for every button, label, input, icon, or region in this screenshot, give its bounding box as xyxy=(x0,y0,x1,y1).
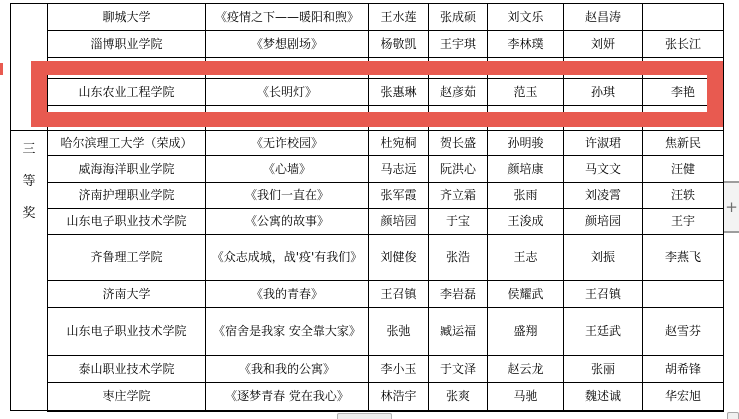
awards-table-body: 聊城大学《疫情之下——暖阳和煦》王水莲张成硕刘文乐赵昌涛淄博职业学院《梦想剧场》… xyxy=(11,4,724,411)
name-cell: 张丽 xyxy=(564,356,643,383)
name-cell: 汪轶 xyxy=(643,183,724,209)
table-row: 泰山职业技术学院《我和我的公寓》李小玉于文泽赵云龙张丽胡希锋 xyxy=(11,356,724,383)
horizontal-scrollbar-thumb[interactable] xyxy=(337,413,392,419)
university-cell xyxy=(48,58,206,79)
title-cell: 《我和我的公寓》 xyxy=(206,356,369,383)
university-cell: 山东电子职业技术学院 xyxy=(48,209,206,235)
title-cell: 《逐梦青春 党在我心》 xyxy=(206,383,369,411)
name-cell: 颜培康 xyxy=(488,156,564,183)
award-column-label-cell: 三等奖 xyxy=(11,131,48,411)
name-cell xyxy=(369,58,429,79)
name-cell: 范玉 xyxy=(488,79,564,106)
name-cell: 刘妍 xyxy=(564,31,643,58)
name-cell: 侯耀武 xyxy=(488,281,564,308)
title-cell: 《疫情之下——暖阳和煦》 xyxy=(206,4,369,31)
university-cell: 山东农业工程学院 xyxy=(48,79,206,106)
title-cell: 《宿舍是我家 安全靠大家》 xyxy=(206,308,369,356)
name-cell xyxy=(564,58,643,79)
name-cell xyxy=(564,106,643,131)
table-row: 枣庄学院《逐梦青春 党在我心》林浩宇张爽马驰魏述诚华宏旭 xyxy=(11,383,724,411)
table-row: 威海海洋职业学院《心墙》马志远阮洪心颜培康马文文汪健 xyxy=(11,156,724,183)
name-cell: 赵云龙 xyxy=(488,356,564,383)
name-cell: 焦新民 xyxy=(643,131,724,156)
name-cell: 汪健 xyxy=(643,156,724,183)
table-row: 济南护理职业学院《我们一直在》张军霞齐立霜张雨刘凌霄汪轶 xyxy=(11,183,724,209)
name-cell: 王召镇 xyxy=(369,281,429,308)
name-cell: 张惠琳 xyxy=(369,79,429,106)
right-scroll-panel[interactable]: + xyxy=(724,181,739,233)
name-cell: 贺长盛 xyxy=(429,131,488,156)
name-cell: 王水莲 xyxy=(369,4,429,31)
name-cell: 齐立霜 xyxy=(429,183,488,209)
name-cell: 马志远 xyxy=(369,156,429,183)
university-cell: 淄博职业学院 xyxy=(48,31,206,58)
title-cell xyxy=(206,106,369,131)
name-cell: 赵昌涛 xyxy=(564,4,643,31)
title-cell: 《梦想剧场》 xyxy=(206,31,369,58)
name-cell: 李燕飞 xyxy=(643,235,724,281)
table-row: 齐鲁理工学院《众志成城，战'疫'有我们》刘健俊张浩王志刘振李燕飞 xyxy=(11,235,724,281)
name-cell: 李岩磊 xyxy=(429,281,488,308)
highlight-annotation-fragment xyxy=(0,63,3,75)
name-cell: 杨敬凯 xyxy=(369,31,429,58)
document-page: 聊城大学《疫情之下——暖阳和煦》王水莲张成硕刘文乐赵昌涛淄博职业学院《梦想剧场》… xyxy=(0,0,739,419)
name-cell: 张弛 xyxy=(369,308,429,356)
name-cell: 阮洪心 xyxy=(429,156,488,183)
name-cell: 王宇 xyxy=(643,209,724,235)
scrollbar-corner-button[interactable] xyxy=(727,412,739,419)
name-cell: 魏述诚 xyxy=(564,383,643,411)
table-row xyxy=(11,106,724,131)
name-cell: 林浩宇 xyxy=(369,383,429,411)
university-cell: 济南大学 xyxy=(48,281,206,308)
name-cell: 颜培园 xyxy=(564,209,643,235)
award-column-top-cell xyxy=(11,4,48,131)
title-cell xyxy=(206,58,369,79)
table-row: 山东电子职业技术学院《公寓的故事》颜培园于宝王浚成颜培园王宇 xyxy=(11,209,724,235)
university-cell: 山东电子职业技术学院 xyxy=(48,308,206,356)
name-cell: 刘文乐 xyxy=(488,4,564,31)
university-cell: 聊城大学 xyxy=(48,4,206,31)
name-cell: 张成硕 xyxy=(429,4,488,31)
name-cell: 颜培园 xyxy=(369,209,429,235)
title-cell: 《公寓的故事》 xyxy=(206,209,369,235)
name-cell: 刘健俊 xyxy=(369,235,429,281)
university-cell: 齐鲁理工学院 xyxy=(48,235,206,281)
university-cell: 枣庄学院 xyxy=(48,383,206,411)
name-cell: 李艳 xyxy=(643,79,724,106)
name-cell xyxy=(643,106,724,131)
name-cell: 胡希锋 xyxy=(643,356,724,383)
name-cell xyxy=(643,4,724,31)
university-cell: 泰山职业技术学院 xyxy=(48,356,206,383)
name-cell: 王志 xyxy=(488,235,564,281)
name-cell: 张雨 xyxy=(488,183,564,209)
name-cell: 孙琪 xyxy=(564,79,643,106)
name-cell xyxy=(643,58,724,79)
name-cell: 于文泽 xyxy=(429,356,488,383)
name-cell: 刘凌霄 xyxy=(564,183,643,209)
name-cell: 王浚成 xyxy=(488,209,564,235)
university-cell xyxy=(48,106,206,131)
name-cell: 张军霞 xyxy=(369,183,429,209)
name-cell xyxy=(488,58,564,79)
title-cell: 《无诈校园》 xyxy=(206,131,369,156)
title-cell: 《我的青春》 xyxy=(206,281,369,308)
table-row: 三等奖哈尔滨理工大学（荣成）《无诈校园》杜宛桐贺长盛孙明骏许淑珺焦新民 xyxy=(11,131,724,156)
highlighted-table-row: 山东农业工程学院《长明灯》张惠琳赵彦茹范玉孙琪李艳 xyxy=(11,79,724,106)
name-cell xyxy=(369,106,429,131)
table-row: 山东电子职业技术学院《宿舍是我家 安全靠大家》张弛臧运福盛翔王廷武赵雪芬 xyxy=(11,308,724,356)
name-cell: 许淑珺 xyxy=(564,131,643,156)
name-cell: 刘振 xyxy=(564,235,643,281)
name-cell: 张长江 xyxy=(643,31,724,58)
awards-table: 聊城大学《疫情之下——暖阳和煦》王水莲张成硕刘文乐赵昌涛淄博职业学院《梦想剧场》… xyxy=(10,3,724,412)
plus-icon[interactable]: + xyxy=(725,200,738,215)
name-cell xyxy=(488,106,564,131)
name-cell: 赵彦茹 xyxy=(429,79,488,106)
name-cell: 杜宛桐 xyxy=(369,131,429,156)
title-cell: 《众志成城，战'疫'有我们》 xyxy=(206,235,369,281)
table-row: 聊城大学《疫情之下——暖阳和煦》王水莲张成硕刘文乐赵昌涛 xyxy=(11,4,724,31)
name-cell: 王宇琪 xyxy=(429,31,488,58)
name-cell: 李小玉 xyxy=(369,356,429,383)
name-cell xyxy=(429,58,488,79)
table-row xyxy=(11,58,724,79)
name-cell: 盛翔 xyxy=(488,308,564,356)
name-cell xyxy=(429,106,488,131)
name-cell: 张浩 xyxy=(429,235,488,281)
name-cell: 马文文 xyxy=(564,156,643,183)
table-row: 淄博职业学院《梦想剧场》杨敬凯王宇琪李林璞刘妍张长江 xyxy=(11,31,724,58)
name-cell: 李林璞 xyxy=(488,31,564,58)
name-cell: 马驰 xyxy=(488,383,564,411)
name-cell: 王廷武 xyxy=(564,308,643,356)
title-cell: 《长明灯》 xyxy=(206,79,369,106)
title-cell: 《我们一直在》 xyxy=(206,183,369,209)
table-row: 济南大学《我的青春》王召镇李岩磊侯耀武王召镇 xyxy=(11,281,724,308)
name-cell: 王召镇 xyxy=(564,281,643,308)
university-cell: 哈尔滨理工大学（荣成） xyxy=(48,131,206,156)
name-cell: 赵雪芬 xyxy=(643,308,724,356)
title-cell: 《心墙》 xyxy=(206,156,369,183)
name-cell: 孙明骏 xyxy=(488,131,564,156)
university-cell: 济南护理职业学院 xyxy=(48,183,206,209)
university-cell: 威海海洋职业学院 xyxy=(48,156,206,183)
name-cell: 于宝 xyxy=(429,209,488,235)
name-cell xyxy=(643,281,724,308)
name-cell: 臧运福 xyxy=(429,308,488,356)
name-cell: 华宏旭 xyxy=(643,383,724,411)
award-label-vertical: 三等奖 xyxy=(22,134,37,230)
name-cell: 张爽 xyxy=(429,383,488,411)
